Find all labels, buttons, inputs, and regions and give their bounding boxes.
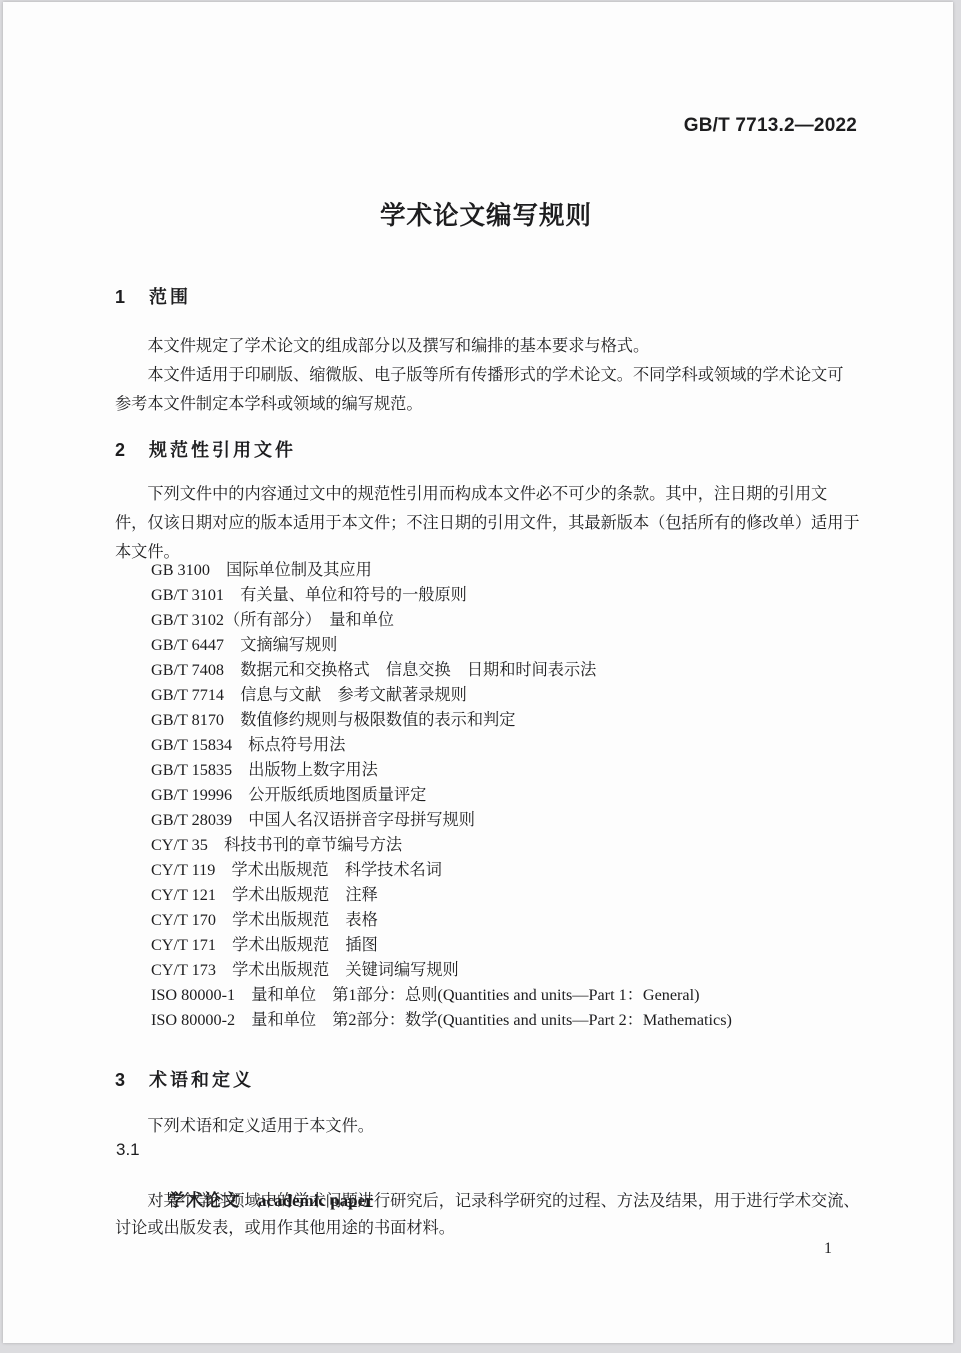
text-line: 件，仅该日期对应的版本适用于本文件；不注日期的引用文件，其最新版本（包括所有的修… xyxy=(115,509,875,538)
text-line: 本文件适用于印刷版、缩微版、电子版等所有传播形式的学术论文。不同学科或领域的学术… xyxy=(115,361,875,390)
section-2-heading: 2规范性引用文件 xyxy=(115,436,296,462)
text-line: 参考本文件制定本学科或领域的编写规范。 xyxy=(115,390,875,419)
section-2-number: 2 xyxy=(115,440,149,461)
reference-item: GB/T 15834 标点符号用法 xyxy=(151,733,732,758)
reference-item: CY/T 173 学术出版规范 关键词编写规则 xyxy=(151,958,732,983)
reference-item: CY/T 35 科技书刊的章节编号方法 xyxy=(151,833,732,858)
reference-item: GB 3100 国际单位制及其应用 xyxy=(151,558,732,583)
text-line: 下列术语和定义适用于本文件。 xyxy=(115,1112,875,1141)
text-line: 本文件规定了学术论文的组成部分以及撰写和编排的基本要求与格式。 xyxy=(115,332,875,361)
reference-item: GB/T 8170 数值修约规则与极限数值的表示和判定 xyxy=(151,708,732,733)
text-line: 讨论或出版发表，或用作其他用途的书面材料。 xyxy=(115,1215,875,1242)
section-3-heading: 3术语和定义 xyxy=(115,1066,254,1092)
reference-item: GB/T 7408 数据元和交换格式 信息交换 日期和时间表示法 xyxy=(151,658,732,683)
terms-intro-paragraph: 下列术语和定义适用于本文件。 xyxy=(115,1112,875,1141)
reference-item: GB/T 6447 文摘编写规则 xyxy=(151,633,732,658)
reference-item: GB/T 3102（所有部分） 量和单位 xyxy=(151,608,732,633)
section-1-number: 1 xyxy=(115,287,149,308)
clause-3-1-number: 3.1 xyxy=(116,1140,140,1160)
reference-item: GB/T 19996 公开版纸质地图质量评定 xyxy=(151,783,732,808)
term-definition-paragraph: 对某个学科领域中的学术问题进行研究后，记录科学研究的过程、方法及结果，用于进行学… xyxy=(115,1188,875,1242)
section-2-title: 规范性引用文件 xyxy=(149,440,296,460)
document-page: GB/T 7713.2—2022 学术论文编写规则 1范围 本文件规定了学术论文… xyxy=(3,2,953,1343)
reference-item: GB/T 3101 有关量、单位和符号的一般原则 xyxy=(151,583,732,608)
standard-code: GB/T 7713.2—2022 xyxy=(684,115,857,137)
reference-item: GB/T 28039 中国人名汉语拼音字母拼写规则 xyxy=(151,808,732,833)
page-number: 1 xyxy=(824,1240,832,1258)
text-line: 下列文件中的内容通过文中的规范性引用而构成本文件必不可少的条款。其中，注日期的引… xyxy=(115,480,875,509)
section-1-title: 范围 xyxy=(149,287,191,307)
normative-reference-list: GB 3100 国际单位制及其应用 GB/T 3101 有关量、单位和符号的一般… xyxy=(151,558,732,1033)
normative-intro-paragraph: 下列文件中的内容通过文中的规范性引用而构成本文件必不可少的条款。其中，注日期的引… xyxy=(115,480,875,567)
document-title: 学术论文编写规则 xyxy=(3,196,953,232)
reference-item: CY/T 170 学术出版规范 表格 xyxy=(151,908,732,933)
reference-item: GB/T 15835 出版物上数字用法 xyxy=(151,758,732,783)
reference-item: ISO 80000-1 量和单位 第1部分：总则(Quantities and … xyxy=(151,983,732,1008)
scope-paragraph: 本文件规定了学术论文的组成部分以及撰写和编排的基本要求与格式。 本文件适用于印刷… xyxy=(115,332,875,419)
reference-item: ISO 80000-2 量和单位 第2部分：数学(Quantities and … xyxy=(151,1008,732,1033)
reference-item: CY/T 171 学术出版规范 插图 xyxy=(151,933,732,958)
section-3-number: 3 xyxy=(115,1070,149,1091)
section-1-heading: 1范围 xyxy=(115,283,191,309)
reference-item: CY/T 119 学术出版规范 科学技术名词 xyxy=(151,858,732,883)
reference-item: GB/T 7714 信息与文献 参考文献著录规则 xyxy=(151,683,732,708)
reference-item: CY/T 121 学术出版规范 注释 xyxy=(151,883,732,908)
text-line: 对某个学科领域中的学术问题进行研究后，记录科学研究的过程、方法及结果，用于进行学… xyxy=(115,1188,875,1215)
section-3-title: 术语和定义 xyxy=(149,1070,254,1090)
